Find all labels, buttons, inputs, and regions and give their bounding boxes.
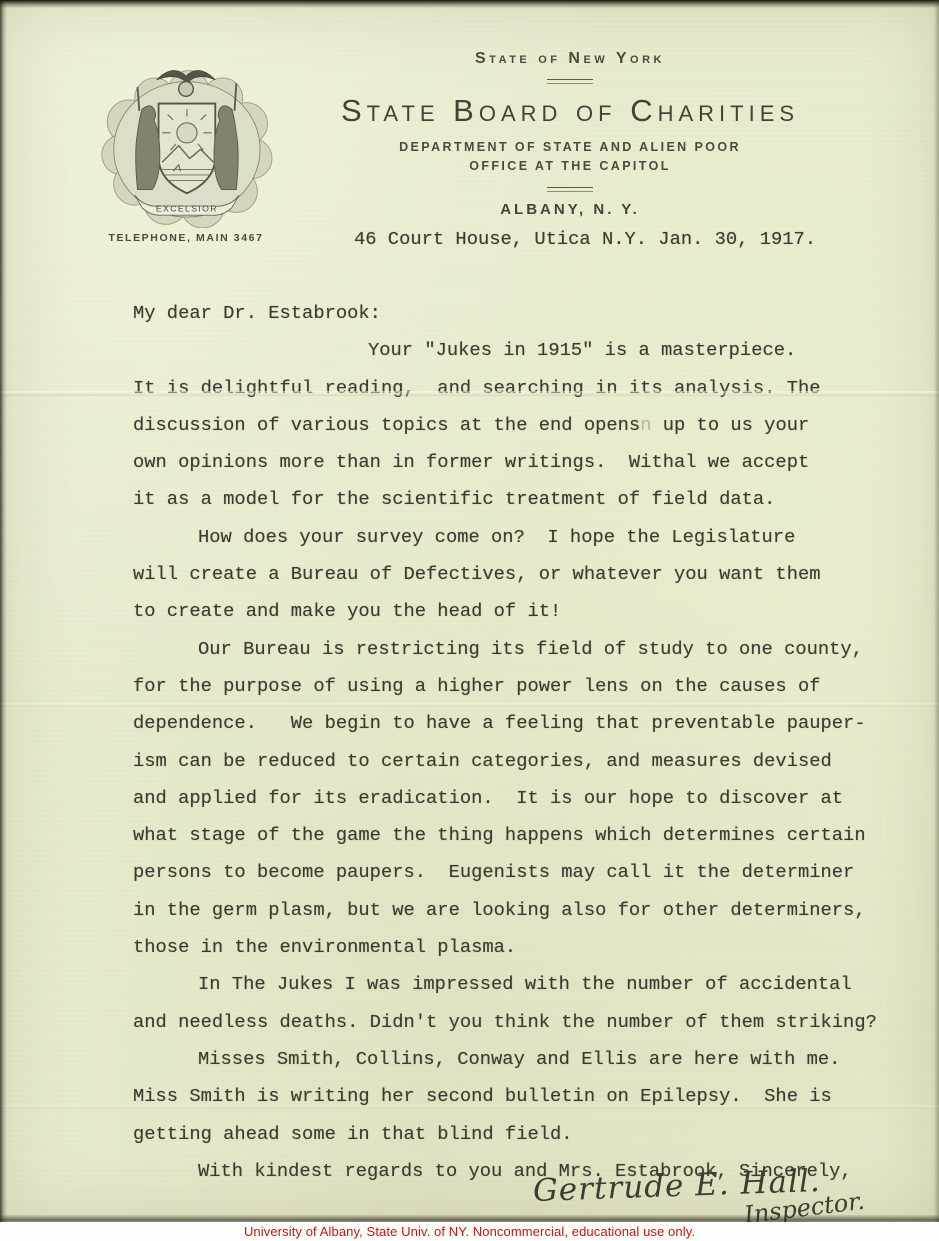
credit-strip: University of Albany, State Univ. of NY.… <box>0 1222 939 1241</box>
letter-line: dependence. We begin to have a feeling t… <box>133 705 873 742</box>
letter-line: My dear Dr. Estabrook: <box>133 295 873 332</box>
letterhead: State of New York State Board of Chariti… <box>270 50 870 218</box>
letter-line: for the purpose of using a higher power … <box>133 668 873 705</box>
letter-line: It is delightful reading, and searching … <box>133 370 873 407</box>
divider-rule <box>547 79 593 84</box>
letter-line: and needless deaths. Didn't you think th… <box>133 1004 873 1041</box>
letter-line: what stage of the game the thing happens… <box>133 817 873 854</box>
divider-rule <box>547 187 593 192</box>
organization-title: State Board of Charities <box>270 93 870 129</box>
scan-edge-left <box>0 0 7 1222</box>
letter-line: it as a model for the scientific treatme… <box>133 481 873 518</box>
scan-edge-top <box>0 0 939 8</box>
letter-page: EXCELSIOR TELEPHONE, MAIN 3467 State of … <box>0 0 939 1222</box>
letter-line: ism can be reduced to certain categories… <box>133 743 873 780</box>
letter-line: own opinions more than in former writing… <box>133 444 873 481</box>
letter-line: Miss Smith is writing her second bulleti… <box>133 1078 873 1115</box>
state-seal-graphic: EXCELSIOR <box>94 56 278 228</box>
line-text: discussion of various topics at the end … <box>133 414 640 436</box>
letter-line: In The Jukes I was impressed with the nu… <box>133 966 873 1003</box>
office-line: OFFICE AT THE CAPITOL <box>270 157 870 176</box>
line-text: up to us your <box>651 414 809 436</box>
state-seal: EXCELSIOR <box>94 56 278 228</box>
letter-line: in the germ plasm, but we are looking al… <box>133 892 873 929</box>
scan-edge-right <box>934 0 939 1222</box>
letter-line: Our Bureau is restricting its field of s… <box>133 631 873 668</box>
letter-scan: EXCELSIOR TELEPHONE, MAIN 3467 State of … <box>0 0 939 1241</box>
telephone-line: TELEPHONE, MAIN 3467 <box>82 232 290 244</box>
letter-line: Your "Jukes in 1915" is a masterpiece. <box>133 332 873 369</box>
letter-line: Misses Smith, Collins, Conway and Ellis … <box>133 1041 873 1078</box>
footer-credit: University of Albany, State Univ. of NY.… <box>244 1224 695 1239</box>
letter-line: to create and make you the head of it! <box>133 593 873 630</box>
letter-line: and applied for its eradication. It is o… <box>133 780 873 817</box>
seal-motto: EXCELSIOR <box>156 204 218 214</box>
letter-line: persons to become paupers. Eugenists may… <box>133 854 873 891</box>
department-line: DEPARTMENT OF STATE AND ALIEN POOR <box>270 138 870 157</box>
state-line: State of New York <box>270 50 870 68</box>
letter-line: getting ahead some in that blind field. <box>133 1116 873 1153</box>
letter-body: My dear Dr. Estabrook:Your "Jukes in 191… <box>133 295 873 1190</box>
letter-line: will create a Bureau of Defectives, or w… <box>133 556 873 593</box>
letter-line: those in the environmental plasma. <box>133 929 873 966</box>
date-line: 46 Court House, Utica N.Y. Jan. 30, 1917… <box>354 228 816 250</box>
letter-line: How does your survey come on? I hope the… <box>133 519 873 556</box>
city-line: ALBANY, N. Y. <box>270 201 870 218</box>
letter-line: discussion of various topics at the end … <box>133 407 873 444</box>
paper-bottom-edge <box>0 1215 939 1222</box>
ghost-character: n <box>640 414 651 436</box>
